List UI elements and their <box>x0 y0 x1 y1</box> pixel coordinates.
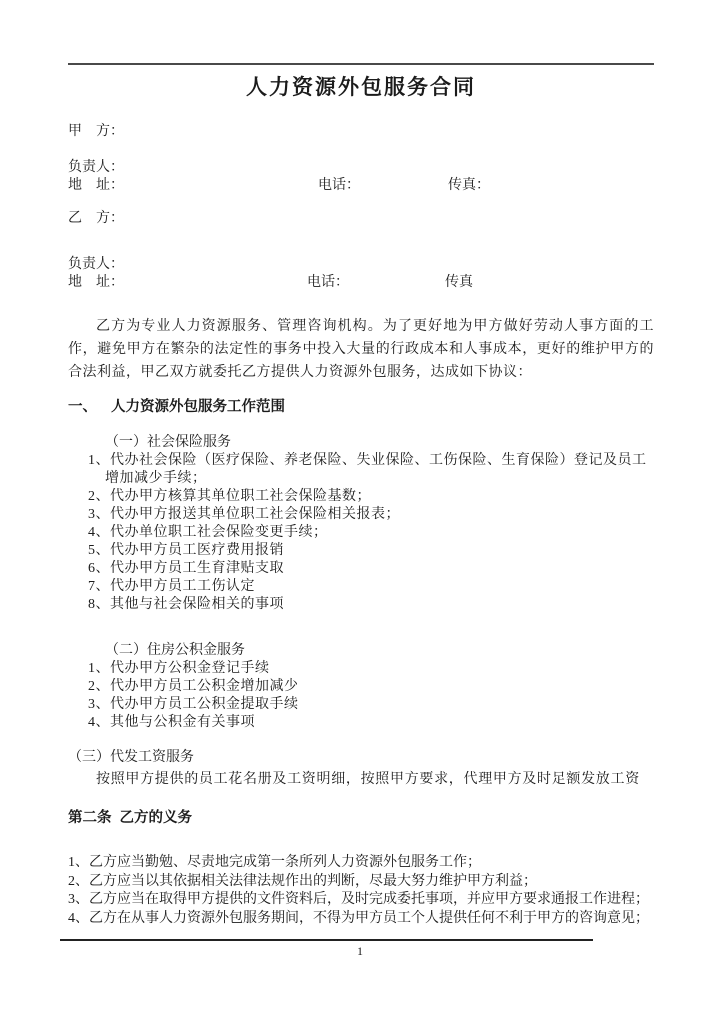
party-b-address-row: 地 址： 电话： 传真 <box>68 274 654 292</box>
party-a-address-row: 地 址： 电话： 传真： <box>68 177 654 195</box>
social-insurance-heading: （一）社会保险服务 <box>105 434 654 452</box>
party-a-manager-label: 负责人： <box>68 159 654 177</box>
list-item: 8、其他与社会保险相关的事项 <box>88 596 660 614</box>
list-item: 7、代办甲方员工工伤认定 <box>88 578 660 596</box>
list-item: 1、代办社会保险（医疗保险、养老保险、失业保险、工伤保险、生育保险）登记及员工增… <box>88 452 660 488</box>
intro-paragraph: 乙方为专业人力资源服务、管理咨询机构。为了更好地为甲方做好劳动人事方面的工作，避… <box>68 315 654 384</box>
list-item: 4、乙方在从事人力资源外包服务期间，不得为甲方员工个人提供任何不利于甲方的咨询意… <box>68 910 654 929</box>
party-a-name-label: 甲 方： <box>68 123 654 141</box>
social-insurance-list: 1、代办社会保险（医疗保险、养老保险、失业保险、工伤保险、生育保险）登记及员工增… <box>88 452 660 614</box>
housing-fund-list: 1、代办甲方公积金登记手续2、代办甲方员工公积金增加减少3、代办甲方员工公积金提… <box>88 660 660 732</box>
list-item: 1、代办甲方公积金登记手续 <box>88 660 660 678</box>
section2-heading: 第二条 乙方的义务 <box>68 809 654 828</box>
party-b-phone-label: 电话： <box>307 274 349 292</box>
list-item: 3、代办甲方员工公积金提取手续 <box>88 696 660 714</box>
party-b-obligations-list: 1、乙方应当勤勉、尽责地完成第一条所列人力资源外包服务工作；2、乙方应当以其依据… <box>68 854 654 928</box>
page-number: 1 <box>0 944 720 958</box>
section1-heading: 一、 人力资源外包服务工作范围 <box>68 398 654 417</box>
document-title: 人力资源外包服务合同 <box>68 0 654 103</box>
housing-fund-heading: （二）住房公积金服务 <box>105 642 654 660</box>
list-item: 1、乙方应当勤勉、尽责地完成第一条所列人力资源外包服务工作； <box>68 854 654 873</box>
payroll-service-body: 按照甲方提供的员工花名册及工资明细，按照甲方要求，代理甲方及时足额发放工资 <box>96 771 654 789</box>
footer-rule <box>60 939 593 941</box>
list-item: 3、乙方应当在取得甲方提供的文件资料后，及时完成委托事项，并应甲方要求通报工作进… <box>68 891 654 910</box>
party-a-phone-label: 电话： <box>318 177 360 195</box>
party-b-fax-label: 传真 <box>445 274 473 292</box>
list-item: 5、代办甲方员工医疗费用报销 <box>88 542 660 560</box>
section1-number: 一、 <box>68 398 97 417</box>
party-b-address-label: 地 址： <box>68 275 124 290</box>
party-b-name-label: 乙 方： <box>68 210 654 228</box>
list-item: 3、代办甲方报送其单位职工社会保险相关报表； <box>88 506 660 524</box>
party-b-manager-label: 负责人： <box>68 256 654 274</box>
party-a-fax-label: 传真： <box>448 177 490 195</box>
list-item: 2、代办甲方员工公积金增加减少 <box>88 678 660 696</box>
list-item: 2、代办甲方核算其单位职工社会保险基数； <box>88 488 660 506</box>
section2-number: 第二条 <box>68 809 112 828</box>
list-item: 4、代办单位职工社会保险变更手续； <box>88 524 660 542</box>
payroll-service-heading: （三）代发工资服务 <box>68 749 654 767</box>
list-item: 4、其他与公积金有关事项 <box>88 714 660 732</box>
party-a-address-label: 地 址： <box>68 178 124 193</box>
section2-title: 乙方的义务 <box>120 809 193 828</box>
list-item: 2、乙方应当以其依据相关法律法规作出的判断，尽最大努力维护甲方利益； <box>68 873 654 892</box>
list-item: 6、代办甲方员工生育津贴支取 <box>88 560 660 578</box>
section1-title: 人力资源外包服务工作范围 <box>111 398 285 417</box>
header-rule <box>68 63 654 65</box>
contract-page: 人力资源外包服务合同 甲 方： 负责人： 地 址： 电话： 传真： 乙 方： 负… <box>0 0 720 1017</box>
